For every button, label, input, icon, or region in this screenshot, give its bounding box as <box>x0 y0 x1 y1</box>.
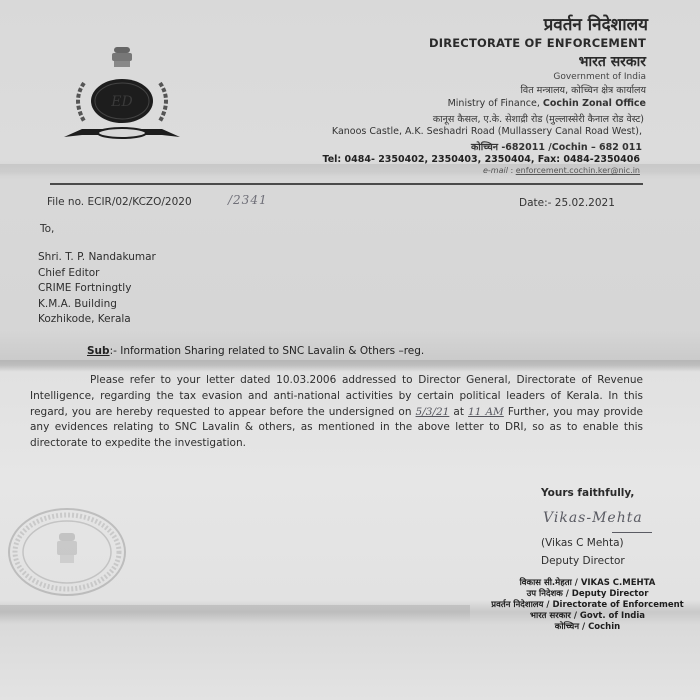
stamp-line: उप निदेशक / Deputy Director <box>480 589 695 600</box>
body-part-2: at <box>449 406 468 418</box>
signature-underline <box>612 532 652 533</box>
letter-body: Please refer to your letter dated 10.03.… <box>30 373 643 452</box>
letterhead-email: e-mail : enforcement.cochin.ker@nic.in <box>483 166 640 175</box>
subject-label: Sub <box>87 345 110 357</box>
recipient-line: Chief Editor <box>38 266 298 282</box>
stamp-line: विकास सी.मेहता / VIKAS C.MEHTA <box>480 578 695 589</box>
ministry-office: Cochin Zonal Office <box>543 98 646 109</box>
signatory-name: (Vikas C Mehta) <box>541 537 624 549</box>
file-number-handwritten: /2341 <box>228 193 268 207</box>
stamp-line: भारत सरकार / Govt. of India <box>480 611 695 622</box>
recipient-line: Shri. T. P. Nandakumar <box>38 250 298 266</box>
recipient-address: Shri. T. P. Nandakumar Chief Editor CRIM… <box>38 250 298 328</box>
svg-text:ED: ED <box>110 94 132 110</box>
stamp-line: प्रवर्तन निदेशालय / Directorate of Enfor… <box>480 600 695 611</box>
designation-stamp: विकास सी.मेहता / VIKAS C.MEHTA उप निदेशक… <box>480 578 695 633</box>
letterhead-address: Kanoos Castle, A.K. Seshadri Road (Mulla… <box>332 126 642 137</box>
letter-date: Date:- 25.02.2021 <box>519 197 615 209</box>
header-divider <box>50 183 643 185</box>
subject-line: Sub:- Information Sharing related to SNC… <box>87 345 424 357</box>
letterhead-ministry: Ministry of Finance, Cochin Zonal Office <box>448 98 646 109</box>
ministry-prefix: Ministry of Finance, <box>448 98 543 109</box>
letterhead-hindi-government: भारत सरकार <box>579 52 646 71</box>
subject-text: :- Information Sharing related to SNC La… <box>110 345 425 357</box>
letterhead-government: Government of India <box>553 72 646 82</box>
handwritten-date: 5/3/21 <box>416 406 450 418</box>
signature: Vikas-Mehta <box>543 510 643 526</box>
file-number: File no. ECIR/02/KCZO/2020 <box>47 196 192 208</box>
paper-fold <box>0 605 470 623</box>
salutation-to: To, <box>40 223 54 235</box>
paper-fold <box>0 360 700 372</box>
letterhead-hindi-ministry: वित मन्त्रालय, कोच्चिन क्षेत्र कार्यालय <box>520 83 646 96</box>
email-label: e-mail <box>483 166 508 175</box>
recipient-line: CRIME Fortningtly <box>38 281 298 297</box>
handwritten-time: 11 AM <box>468 406 504 418</box>
closing: Yours faithfully, <box>541 487 634 499</box>
letterhead-hindi-address: कानूस कैसल, ए.के. सेशाद्री रोड (मुल्लास्… <box>433 112 644 125</box>
letterhead-pin: कोच्चिन -682011 /Cochin – 682 011 <box>471 140 642 153</box>
letterhead-hindi-title: प्रवर्तन निदेशालय <box>544 12 648 35</box>
stamp-line: कोच्चिन / Cochin <box>480 622 695 633</box>
letterhead-title: DIRECTORATE OF ENFORCEMENT <box>429 36 646 50</box>
recipient-line: Kozhikode, Kerala <box>38 312 298 328</box>
enforcement-directorate-emblem-icon: ED <box>62 45 182 145</box>
email-address: enforcement.cochin.ker@nic.in <box>516 166 640 175</box>
recipient-line: K.M.A. Building <box>38 297 298 313</box>
letterhead-phone-fax: Tel: 0484- 2350402, 2350403, 2350404, Fa… <box>322 154 640 165</box>
office-seal-icon <box>5 505 130 600</box>
signatory-title: Deputy Director <box>541 555 625 567</box>
